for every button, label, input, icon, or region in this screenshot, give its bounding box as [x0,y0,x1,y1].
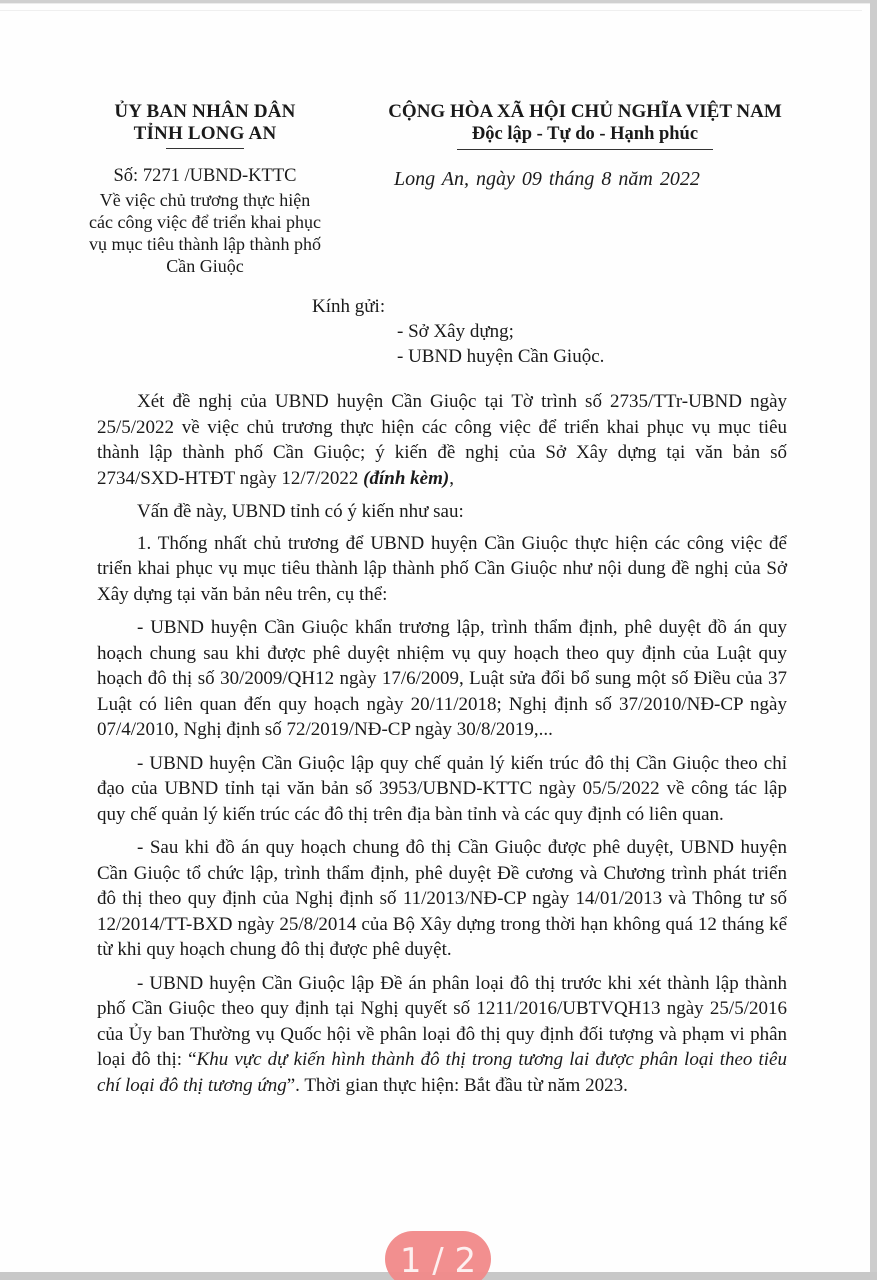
paragraph-opinion-intro: Vấn đề này, UBND tỉnh có ý kiến như sau: [97,499,787,525]
subject-line: Cần Giuộc [60,255,350,277]
issue-date: Long An, ngày 09 tháng 8 năm 2022 [370,168,800,191]
recipients-block: Kính gửi: - Sở Xây dựng; - UBND huyện Cầ… [312,294,604,369]
motto-underline [457,149,713,150]
national-motto: Độc lập - Tự do - Hạnh phúc [370,123,800,145]
agency-name-line2: TỈNH LONG AN [60,123,350,145]
paragraph-end: ”. Thời gian thực hiện: Bắt đầu từ năm 2… [287,1075,628,1096]
recipient-item: - UBND huyện Cần Giuộc. [312,344,604,369]
paragraph-task-architecture-rules: - UBND huyện Cần Giuộc lập quy chế quản … [97,751,787,828]
document-body: Xét đề nghị của UBND huyện Cần Giuộc tại… [97,389,787,1106]
paragraph-end: , [449,468,454,489]
issuing-agency-block: ỦY BAN NHÂN DÂN TỈNH LONG AN Số: 7271 /U… [60,101,350,277]
national-header-block: CỘNG HÒA XÃ HỘI CHỦ NGHĨA VIỆT NAM Độc l… [370,101,800,191]
agency-underline [166,148,244,149]
paragraph-task-urban-classification: - UBND huyện Cần Giuộc lập Đề án phân lo… [97,971,787,1099]
document-subject: Về việc chủ trương thực hiện các công vi… [60,189,350,277]
page-top-edge [0,10,862,11]
viewer-scroll-edge [870,0,877,1280]
subject-line: các công việc để triển khai phục [60,211,350,233]
page-indicator[interactable]: 1 / 2 [385,1231,491,1280]
subject-line: vụ mục tiêu thành lập thành phố [60,233,350,255]
subject-line: Về việc chủ trương thực hiện [60,189,350,211]
recipients-label: Kính gửi: [312,294,604,319]
attachment-note: (đính kèm) [363,468,449,489]
nation-title: CỘNG HÒA XÃ HỘI CHỦ NGHĨA VIỆT NAM [370,101,800,123]
recipient-item: - Sở Xây dựng; [312,319,604,344]
paragraph-item-1: 1. Thống nhất chủ trương để UBND huyện C… [97,531,787,608]
paragraph-task-development-program: - Sau khi đồ án quy hoạch chung đô thị C… [97,835,787,963]
document-page: ỦY BAN NHÂN DÂN TỈNH LONG AN Số: 7271 /U… [0,3,870,1272]
document-number: Số: 7271 /UBND-KTTC [60,165,350,187]
paragraph-reference: Xét đề nghị của UBND huyện Cần Giuộc tại… [97,389,787,491]
paragraph-task-general-plan: - UBND huyện Cần Giuộc khẩn trương lập, … [97,615,787,743]
agency-name-line1: ỦY BAN NHÂN DÂN [60,101,350,123]
